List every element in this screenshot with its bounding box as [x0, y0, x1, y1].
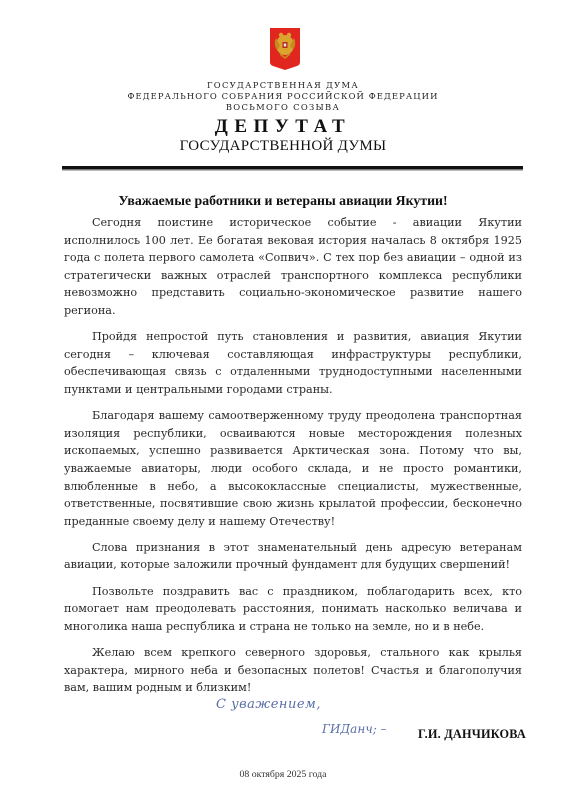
header-divider: [62, 166, 523, 169]
letterhead-subtitle: ГОСУДАРСТВЕННОЙ ДУМЫ: [0, 137, 566, 155]
paragraph: Сегодня поистине историческое событие - …: [64, 214, 522, 320]
org-name-line-1: ГОСУДАРСТВЕННАЯ ДУМА: [0, 80, 566, 90]
paragraph: Желаю всем крепкого северного здоровья, …: [64, 644, 522, 697]
coat-of-arms-icon: [270, 28, 300, 70]
org-name-line-3: ВОСЬМОГО СОЗЫВА: [0, 102, 566, 112]
paragraph: Позвольте поздравить вас с праздником, п…: [64, 583, 522, 636]
handwritten-signature: ГИДанч; –: [322, 722, 387, 736]
org-name-line-2: ФЕДЕРАЛЬНОГО СОБРАНИЯ РОССИЙСКОЙ ФЕДЕРАЦ…: [0, 91, 566, 101]
letter-greeting: Уважаемые работники и ветераны авиации Я…: [0, 193, 566, 209]
paragraph: Слова признания в этот знаменательный де…: [64, 539, 522, 574]
handwritten-closing: С уважением,: [216, 697, 321, 712]
letter-body: Сегодня поистине историческое событие - …: [64, 214, 522, 697]
paragraph: Пройдя непростой путь становления и разв…: [64, 328, 522, 398]
letter-date: 08 октября 2025 года: [0, 769, 566, 780]
paragraph: Благодаря вашему самоотверженному труду …: [64, 407, 522, 530]
signer-name: Г.И. ДАНЧИКОВА: [418, 727, 526, 742]
letterhead-title: ДЕПУТАТ: [0, 116, 566, 138]
